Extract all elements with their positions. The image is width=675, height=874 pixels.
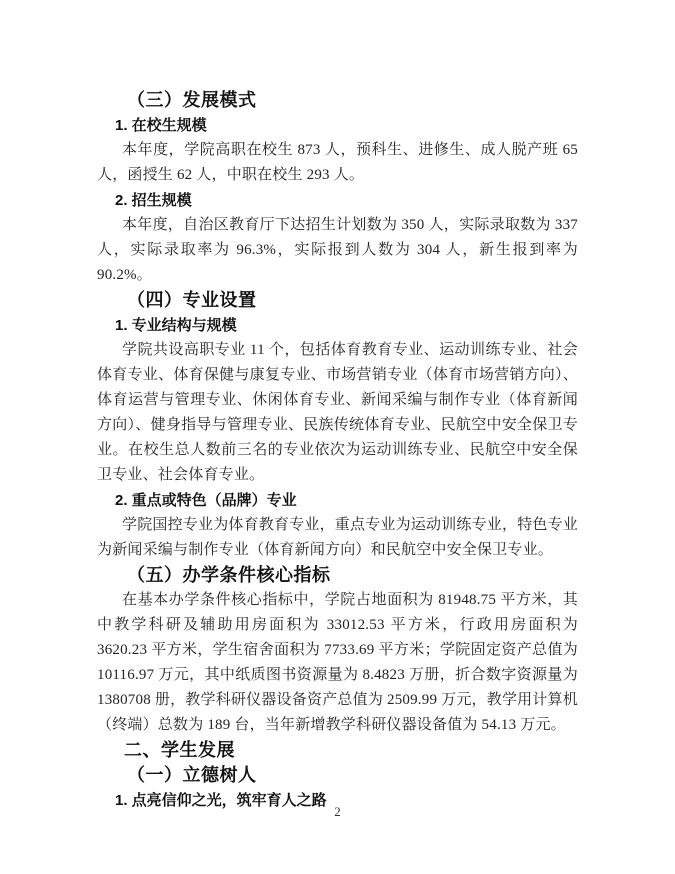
heading-development-mode: （三）发展模式 — [97, 88, 578, 113]
paragraph-major-structure: 学院共设高职专业 11 个，包括体育教育专业、运动训练专业、社会体育专业、体育保… — [97, 338, 578, 488]
heading-core-running-indicators: （五）办学条件核心指标 — [97, 563, 578, 588]
paragraph-core-running-indicators: 在基本办学条件核心指标中，学院占地面积为 81948.75 平方米，其中教学科研… — [97, 588, 578, 738]
heading-major-settings: （四）专业设置 — [97, 288, 578, 313]
paragraph-key-special-majors: 学院国控专业为体育教育专业，重点专业为运动训练专业，特色专业为新闻采编与制作专业… — [97, 513, 578, 563]
heading-student-development: 二、学生发展 — [97, 738, 578, 763]
paragraph-enrolled-students: 本年度，学院高职在校生 873 人，预科生、进修生、成人脱产班 65 人，函授生… — [97, 138, 578, 188]
heading-enrolled-students-scale: 1. 在校生规模 — [97, 113, 578, 138]
paragraph-recruitment: 本年度，自治区教育厅下达招生计划数为 350 人，实际录取数为 337 人，实际… — [97, 213, 578, 288]
heading-recruitment-scale: 2. 招生规模 — [97, 188, 578, 213]
heading-major-structure-scale: 1. 专业结构与规模 — [97, 313, 578, 338]
document-content: （三）发展模式 1. 在校生规模 本年度，学院高职在校生 873 人，预科生、进… — [97, 88, 578, 813]
heading-moral-education: （一）立德树人 — [97, 763, 578, 788]
heading-key-special-majors: 2. 重点或特色（品牌）专业 — [97, 488, 578, 513]
document-page: （三）发展模式 1. 在校生规模 本年度，学院高职在校生 873 人，预科生、进… — [0, 0, 675, 874]
page-number: 2 — [0, 804, 675, 820]
